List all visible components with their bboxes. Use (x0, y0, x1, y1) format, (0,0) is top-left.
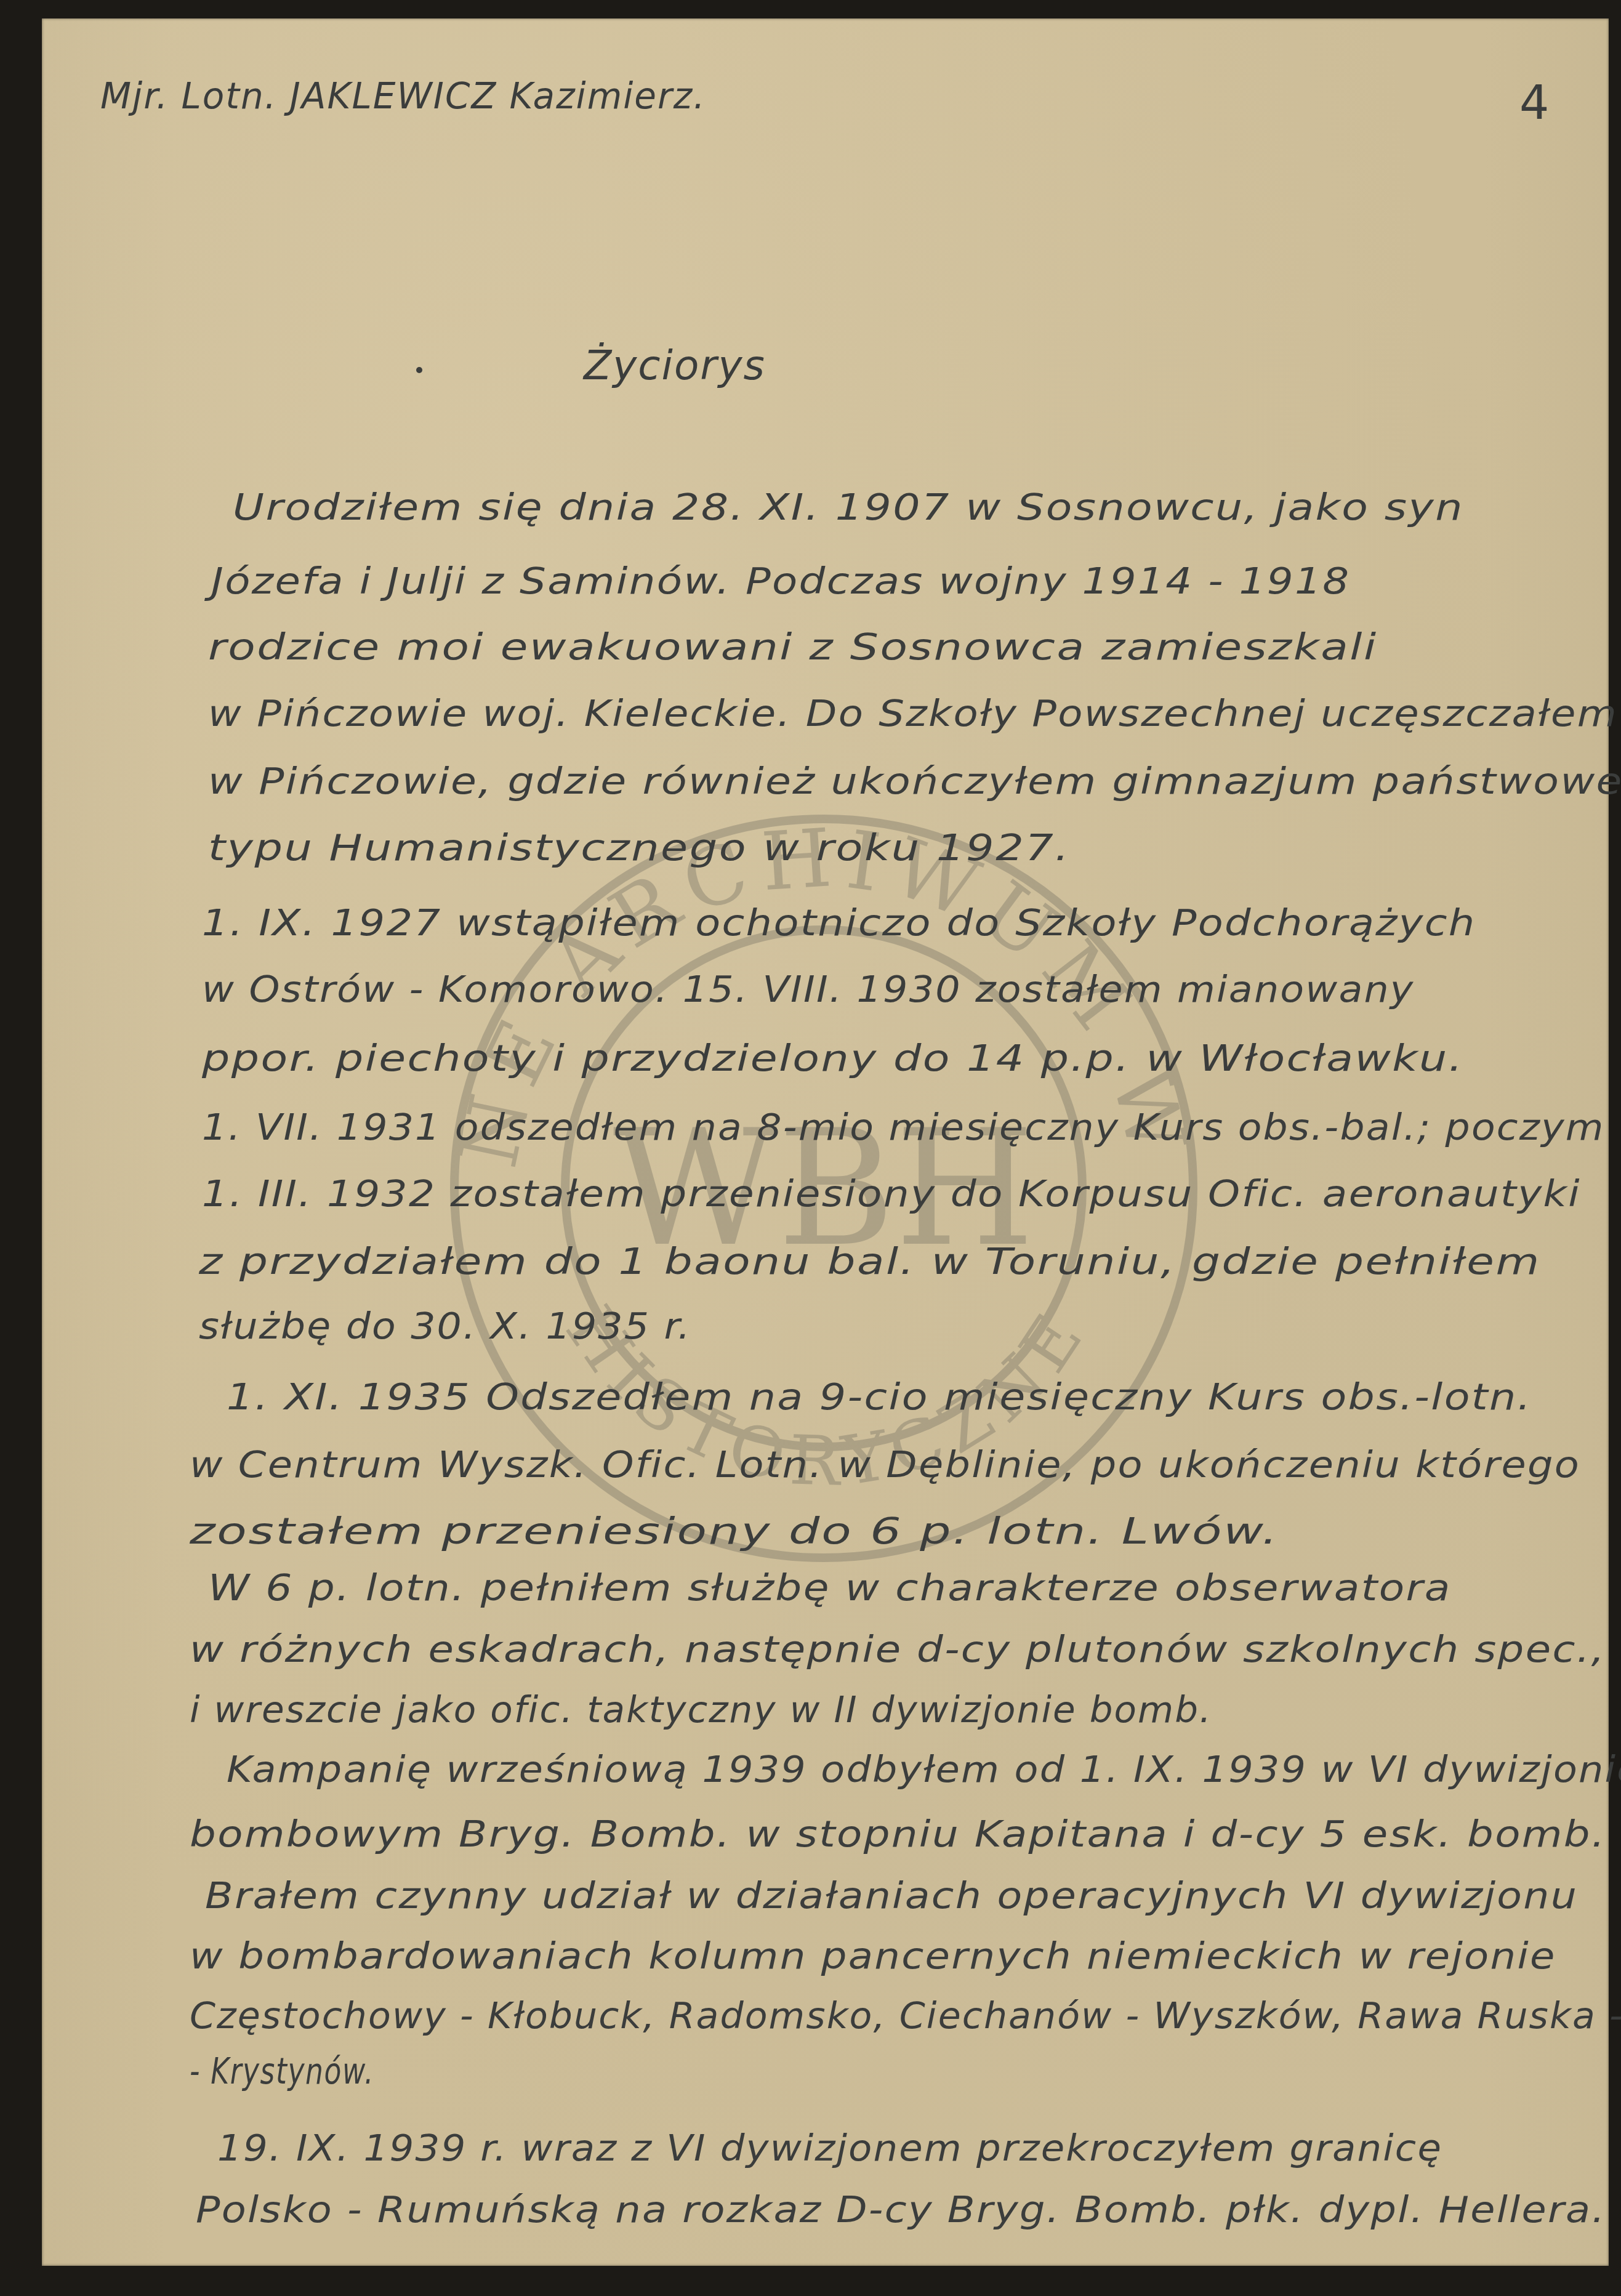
text-line: w Centrum Wyszk. Ofic. Lotn. w Dęblinie,… (190, 1447, 1580, 1483)
text-line: 1. XI. 1935 Odszedłem na 9-cio miesięczn… (227, 1379, 1532, 1415)
text-line: w Ostrów - Komorowo. 15. VIII. 1930 zost… (202, 972, 1415, 1007)
text-line: Józefa i Julji z Saminów. Podczas wojny … (211, 563, 1350, 599)
text-line: W 6 p. lotn. pełniłem służbę w charakter… (208, 1570, 1452, 1606)
document-page: Mjr. Lotn. JAKLEWICZ Kazimierz. 4 Życior… (42, 18, 1609, 2266)
text-line: Brałem czynny udział w działaniach opera… (205, 1878, 1578, 1914)
text-line: zostałem przeniesiony do 6 p. lotn. Lwów… (190, 1513, 1279, 1549)
text-line: 1. VII. 1931 odszedłem na 8-mio miesięcz… (202, 1110, 1605, 1145)
text-line: - Krystynów. (190, 2053, 374, 2089)
text-line: w Pińczowie, gdzie również ukończyłem gi… (208, 763, 1621, 799)
text-line: 1. III. 1932 zostałem przeniesiony do Ko… (202, 1176, 1581, 1212)
text-line: 19. IX. 1939 r. wraz z VI dywizjonem prz… (217, 2130, 1442, 2166)
biography-text: Urodziłem się dnia 28. XI. 1907 w Sosnow… (42, 18, 1609, 2266)
text-line: w bombardowaniach kolumn pancernych niem… (190, 1938, 1556, 1974)
text-line: rodzice moi ewakuowani z Sosnowca zamies… (208, 629, 1378, 665)
text-line: typu Humanistycznego w roku 1927. (208, 830, 1071, 866)
text-line: ppor. piechoty i przydzielony do 14 p.p.… (202, 1041, 1464, 1076)
text-line: Polsko - Rumuńską na rozkaz D-cy Bryg. B… (196, 2192, 1606, 2228)
text-line: w Pińczowie woj. Kieleckie. Do Szkoły Po… (208, 696, 1618, 731)
text-line: 1. IX. 1927 wstąpiłem ochotniczo do Szko… (202, 905, 1476, 941)
text-line: w różnych eskadrach, następnie d-cy plut… (190, 1632, 1606, 1667)
text-line: służbę do 30. X. 1935 r. (199, 1308, 691, 1344)
text-line: Urodziłem się dnia 28. XI. 1907 w Sosnow… (233, 489, 1464, 525)
text-line: bombowym Bryg. Bomb. w stopniu Kapitana … (190, 1816, 1606, 1852)
text-line: Częstochowy - Kłobuck, Radomsko, Ciechan… (190, 1998, 1621, 2034)
text-line: z przydziałem do 1 baonu bal. w Toruniu,… (199, 1244, 1541, 1279)
text-line: i wreszcie jako ofic. taktyczny w II dyw… (190, 1692, 1212, 1728)
text-line: Kampanię wrześniową 1939 odbyłem od 1. I… (227, 1752, 1621, 1787)
